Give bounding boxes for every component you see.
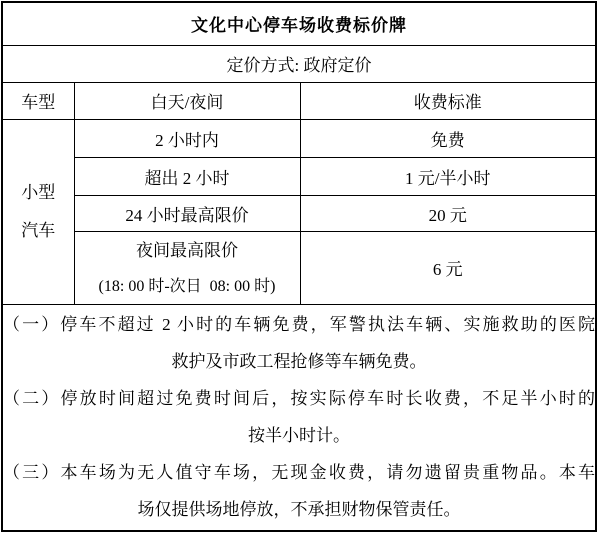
notes-row: （一）停车不超过 2 小时的车辆免费，军警执法车辆、实施救助的医院 救护及市政工… bbox=[2, 304, 596, 531]
table-row: 24 小时最高限价 20 元 bbox=[2, 195, 596, 231]
table-row: 夜间最高限价 (18: 00 时-次日 08: 00 时) 6 元 bbox=[2, 231, 596, 304]
sign-title: 文化中心停车场收费标价牌 bbox=[2, 2, 596, 45]
note-2-line-2: 按半小时计。 bbox=[3, 417, 595, 454]
table-row: 超出 2 小时 1 元/半小时 bbox=[2, 157, 596, 195]
night-cap-time-range: (18: 00 时-次日 08: 00 时) bbox=[75, 274, 300, 300]
note-2-line-1: （二）停放时间超过免费时间后，按实际停车时长收费，不足半小时的 bbox=[3, 380, 595, 417]
pricing-method-row: 定价方式: 政府定价 bbox=[2, 45, 596, 82]
period-cell: 超出 2 小时 bbox=[74, 157, 300, 195]
night-cap-label: 夜间最高限价 bbox=[75, 236, 300, 266]
note-1-line-2: 救护及市政工程抢修等车辆免费。 bbox=[3, 343, 595, 380]
fee-cell: 6 元 bbox=[300, 231, 596, 304]
pricing-method: 定价方式: 政府定价 bbox=[2, 45, 596, 82]
header-vehicle-type: 车型 bbox=[2, 82, 74, 119]
parking-fee-sign: 文化中心停车场收费标价牌 定价方式: 政府定价 车型 白天/夜间 收费标准 小型… bbox=[0, 1, 599, 537]
fee-cell: 免费 bbox=[300, 119, 596, 157]
vehicle-type-cell: 小型 汽车 bbox=[2, 119, 74, 304]
vehicle-type-line2: 汽车 bbox=[3, 212, 74, 250]
vehicle-type-line1: 小型 bbox=[3, 174, 74, 212]
note-1-line-1: （一）停车不超过 2 小时的车辆免费，军警执法车辆、实施救助的医院 bbox=[3, 306, 595, 343]
notes-cell: （一）停车不超过 2 小时的车辆免费，军警执法车辆、实施救助的医院 救护及市政工… bbox=[2, 304, 596, 531]
note-3-line-1: （三）本车场为无人值守车场，无现金收费，请勿遗留贵重物品。本车 bbox=[3, 454, 595, 491]
fee-cell: 1 元/半小时 bbox=[300, 157, 596, 195]
title-row: 文化中心停车场收费标价牌 bbox=[2, 2, 596, 45]
period-cell: 夜间最高限价 (18: 00 时-次日 08: 00 时) bbox=[74, 231, 300, 304]
header-period: 白天/夜间 bbox=[74, 82, 300, 119]
period-cell: 24 小时最高限价 bbox=[74, 195, 300, 231]
header-row: 车型 白天/夜间 收费标准 bbox=[2, 82, 596, 119]
fee-cell: 20 元 bbox=[300, 195, 596, 231]
period-cell: 2 小时内 bbox=[74, 119, 300, 157]
table-row: 小型 汽车 2 小时内 免费 bbox=[2, 119, 596, 157]
note-3-line-2: 场仅提供场地停放，不承担财物保管责任。 bbox=[3, 491, 595, 528]
price-table: 文化中心停车场收费标价牌 定价方式: 政府定价 车型 白天/夜间 收费标准 小型… bbox=[1, 1, 597, 532]
header-fee-standard: 收费标准 bbox=[300, 82, 596, 119]
